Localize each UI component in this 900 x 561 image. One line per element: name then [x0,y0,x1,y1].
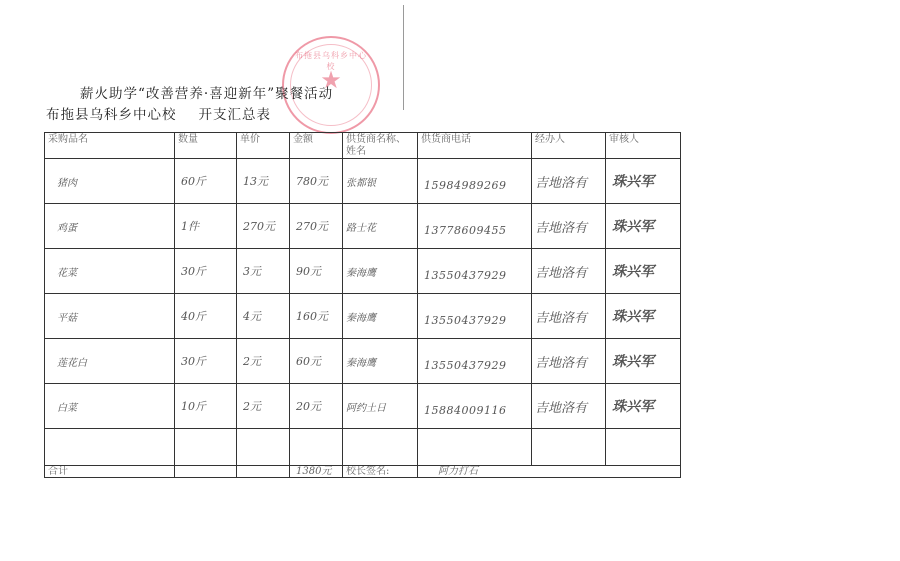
table-row: 白菜 10斤 2元 20元 阿约土日 15884009116 吉地洛有 珠兴军 [45,384,681,429]
cell-supplier [343,429,418,466]
scan-artifact-line [403,5,404,110]
form-name: 开支汇总表 [199,107,272,123]
cell-amount: 780元 [290,159,343,204]
cell-approver [606,429,681,466]
cell-handler [532,429,606,466]
table-row-empty [45,429,681,466]
table-total-row: 合计 1380元 校长签名: 阿力打石 [45,466,681,478]
cell-item [45,429,175,466]
table-row: 鸡蛋 1件 270元 270元 路士花 13778609455 吉地洛有 珠兴军 [45,204,681,249]
cell-supplier: 张都银 [343,159,418,204]
table-row: 平菇 40斤 4元 160元 秦海鹰 13550437929 吉地洛有 珠兴军 [45,294,681,339]
table-row: 莲花白 30斤 2元 60元 秦海鹰 13550437929 吉地洛有 珠兴军 [45,339,681,384]
principal-signature-label: 校长签名: [343,466,418,478]
cell-amount: 90元 [290,249,343,294]
cell-phone: 15884009116 [418,384,532,429]
cell-amount: 20元 [290,384,343,429]
cell-approver: 珠兴军 [606,249,681,294]
cell-quantity: 30斤 [175,339,237,384]
cell-unit-price: 2元 [237,339,290,384]
cell-phone: 13550437929 [418,249,532,294]
table-row: 花菜 30斤 3元 90元 秦海鹰 13550437929 吉地洛有 珠兴军 [45,249,681,294]
cell-quantity: 40斤 [175,294,237,339]
expense-summary-table: 采购品名 数量 单价 金额 供货商名称、姓名 供货商电话 经办人 审核人 猪肉 … [44,132,681,478]
cell-unit-price: 4元 [237,294,290,339]
cell-unit-price: 270元 [237,204,290,249]
total-quantity [175,466,237,478]
cell-quantity: 10斤 [175,384,237,429]
cell-handler: 吉地洛有 [532,339,606,384]
cell-handler: 吉地洛有 [532,294,606,339]
header-handler: 经办人 [532,133,606,159]
header-supplier: 供货商名称、姓名 [343,133,418,159]
cell-approver: 珠兴军 [606,384,681,429]
cell-quantity: 60斤 [175,159,237,204]
cell-phone [418,429,532,466]
cell-phone: 13550437929 [418,294,532,339]
header-unit-price: 单价 [237,133,290,159]
cell-quantity: 1件 [175,204,237,249]
cell-amount: 160元 [290,294,343,339]
cell-amount [290,429,343,466]
total-amount: 1380元 [290,466,343,478]
document-title: 薪火助学“改善营养·喜迎新年”聚餐活动 [80,82,333,102]
table-header-row: 采购品名 数量 单价 金额 供货商名称、姓名 供货商电话 经办人 审核人 [45,133,681,159]
cell-handler: 吉地洛有 [532,249,606,294]
cell-unit-price [237,429,290,466]
total-label: 合计 [45,466,175,478]
cell-item: 鸡蛋 [45,204,175,249]
header-amount: 金额 [290,133,343,159]
cell-item: 花菜 [45,249,175,294]
cell-handler: 吉地洛有 [532,384,606,429]
total-unit-price [237,466,290,478]
cell-approver: 珠兴军 [606,204,681,249]
cell-supplier: 秦海鹰 [343,294,418,339]
cell-item: 白菜 [45,384,175,429]
cell-phone: 13778609455 [418,204,532,249]
cell-item: 莲花白 [45,339,175,384]
cell-item: 平菇 [45,294,175,339]
cell-supplier: 路士花 [343,204,418,249]
cell-handler: 吉地洛有 [532,159,606,204]
header-quantity: 数量 [175,133,237,159]
cell-quantity: 30斤 [175,249,237,294]
cell-approver: 珠兴军 [606,339,681,384]
cell-unit-price: 3元 [237,249,290,294]
cell-supplier: 秦海鹰 [343,249,418,294]
header-item: 采购品名 [45,133,175,159]
cell-supplier: 秦海鹰 [343,339,418,384]
cell-unit-price: 2元 [237,384,290,429]
cell-quantity [175,429,237,466]
cell-unit-price: 13元 [237,159,290,204]
document-subtitle: 布拖县乌科乡中心校开支汇总表 [46,103,271,123]
cell-approver: 珠兴军 [606,159,681,204]
header-phone: 供货商电话 [418,133,532,159]
cell-supplier: 阿约土日 [343,384,418,429]
header-approver: 审核人 [606,133,681,159]
cell-amount: 270元 [290,204,343,249]
cell-item: 猪肉 [45,159,175,204]
table-row: 猪肉 60斤 13元 780元 张都银 15984989269 吉地洛有 珠兴军 [45,159,681,204]
cell-phone: 13550437929 [418,339,532,384]
cell-amount: 60元 [290,339,343,384]
principal-signature: 阿力打石 [418,466,681,478]
cell-phone: 15984989269 [418,159,532,204]
cell-handler: 吉地洛有 [532,204,606,249]
school-name: 布拖县乌科乡中心校 [46,107,177,123]
cell-approver: 珠兴军 [606,294,681,339]
